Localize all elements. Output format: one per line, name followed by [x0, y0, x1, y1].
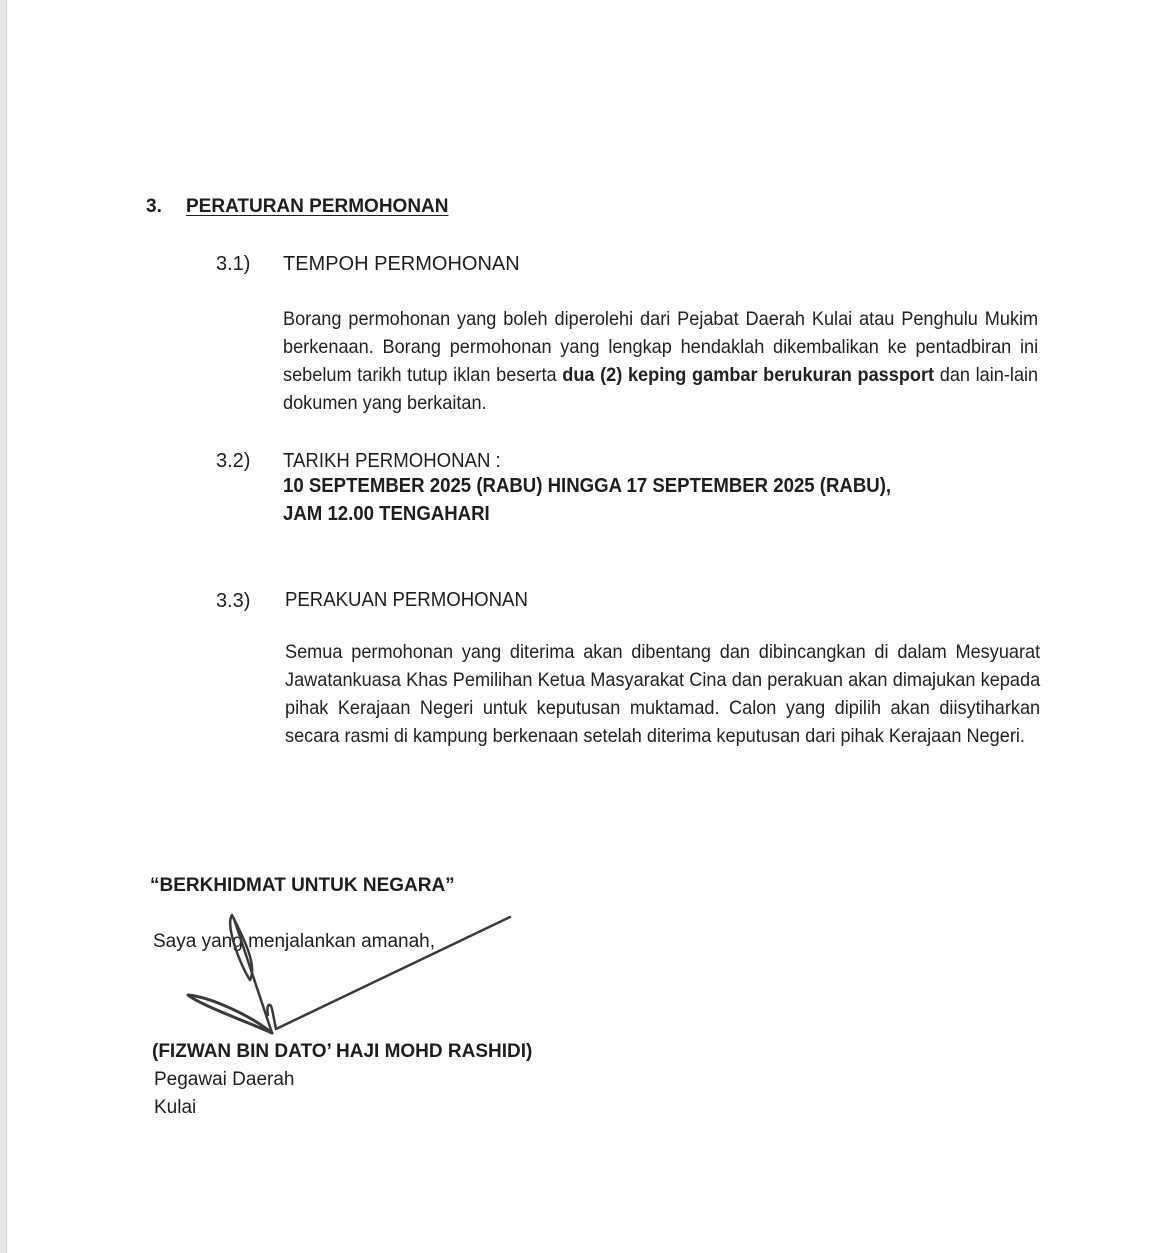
subsection-3-2-number: 3.2)	[216, 450, 250, 473]
section-number: 3.	[146, 196, 162, 218]
application-closing-time: JAM 12.00 TENGAHARI	[283, 503, 490, 526]
section-title: PERATURAN PERMOHONAN	[186, 196, 448, 218]
subsection-3-1-paragraph: Borang permohonan yang boleh diperolehi …	[283, 305, 1038, 417]
signatory-title: Pegawai Daerah	[154, 1069, 294, 1091]
subsection-3-3-title: PERAKUAN PERMOHONAN	[285, 589, 528, 612]
signature-icon	[180, 905, 520, 1040]
subsection-3-2-title: TARIKH PERMOHONAN :	[283, 450, 501, 473]
page-left-edge	[0, 0, 7, 1253]
paragraph-bold-text: dua (2) keping gambar berukuran passport	[562, 364, 934, 386]
subsection-3-3-paragraph: Semua permohonan yang diterima akan dibe…	[285, 638, 1040, 750]
subsection-3-1-number: 3.1)	[216, 253, 250, 276]
subsection-3-1-title: TEMPOH PERMOHONAN	[283, 253, 520, 276]
signatory-name: (FIZWAN BIN DATO’ HAJI MOHD RASHIDI)	[152, 1041, 532, 1063]
subsection-3-3-number: 3.3)	[216, 590, 250, 613]
application-date-range: 10 SEPTEMBER 2025 (RABU) HINGGA 17 SEPTE…	[283, 475, 891, 498]
motto: “BERKHIDMAT UNTUK NEGARA”	[150, 875, 455, 897]
signatory-location: Kulai	[154, 1097, 196, 1119]
